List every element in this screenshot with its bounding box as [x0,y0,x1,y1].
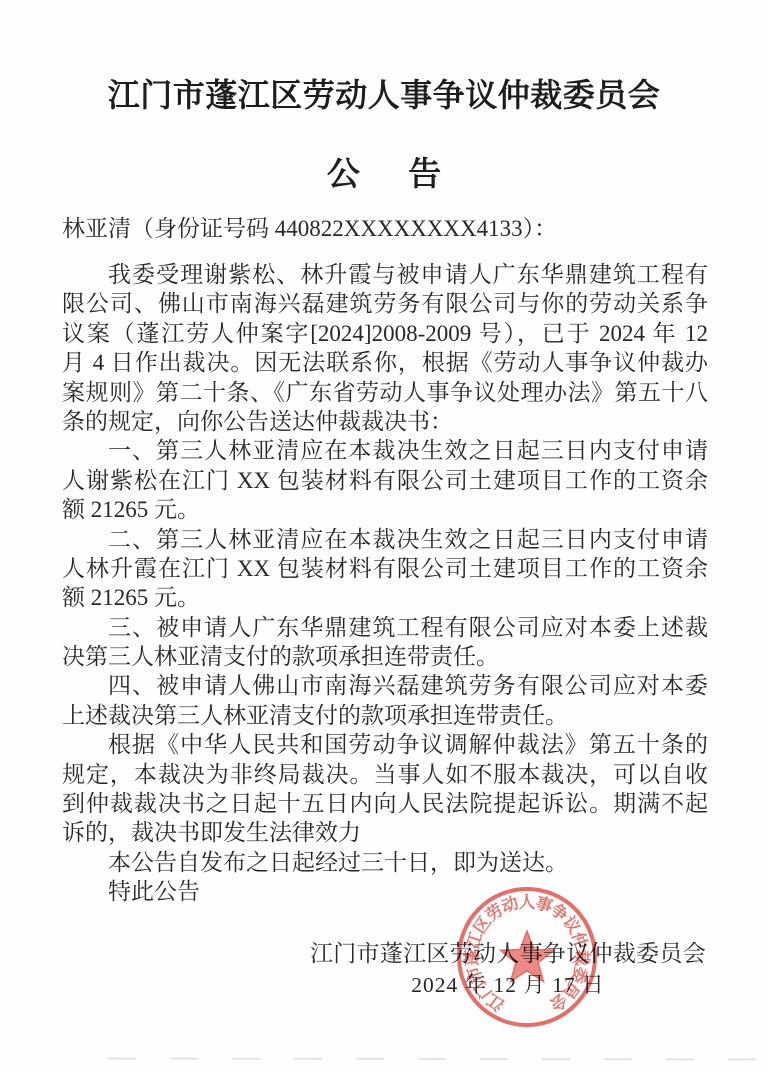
text-line: 到仲裁裁决书之日起十五日内向人民法院提起诉讼。期满不起 [62,789,708,818]
text-line: 额 21265 元。 [62,495,708,524]
paragraph: 二、第三人林亚清应在本裁决生效之日起三日内支付申请人林升霞在江门 XX 包装材料… [62,525,708,613]
text-line: 根据《中华人民共和国劳动争议调解仲裁法》第五十条的 [62,730,708,759]
text-line: 条的规定，向你公告送达仲裁裁决书： [62,407,708,436]
text-line: 规定，本裁决为非终局裁决。当事人如不服本裁决，可以自收 [62,760,708,789]
seal-char: 区 [470,912,495,937]
text-line: 二、第三人林亚清应在本裁决生效之日起三日内支付申请 [62,525,708,554]
text-line: 特此公告 [62,877,708,906]
signature-block: 江门市蓬江区劳动人事争议仲裁委员会 2024 年 12 月 17 日 [308,939,708,1001]
text-line: 限公司、佛山市南海兴磊建筑劳务有限公司与你的劳动关系争 [62,289,708,318]
paragraph: 特此公告 [62,877,708,906]
text-line: 月 4 日作出裁决。因无法联系你，根据《劳动人事争议仲裁办 [62,348,708,377]
text-line: 人林升霞在江门 XX 包装材料有限公司土建项目工作的工资余 [62,554,708,583]
notice-heading: 公 告 [0,155,768,195]
addressee-line: 林亚清（身份证号码 440822XXXXXXXX4133）： [62,214,708,244]
text-line: 四、被申请人佛山市南海兴磊建筑劳务有限公司应对本委 [62,671,708,700]
notice-body: 我委受理谢紫松、林升霞与被申请人广东华鼎建筑工程有限公司、佛山市南海兴磊建筑劳务… [62,260,708,907]
scan-shadow-line [108,1058,768,1061]
paragraph: 根据《中华人民共和国劳动争议调解仲裁法》第五十条的规定，本裁决为非终局裁决。当事… [62,730,708,848]
paragraph: 我委受理谢紫松、林升霞与被申请人广东华鼎建筑工程有限公司、佛山市南海兴磊建筑劳务… [62,260,708,436]
text-line: 本公告自发布之日起经过三十日，即为送达。 [62,848,708,877]
paragraph: 三、被申请人广东华鼎建筑工程有限公司应对本委上述裁决第三人林亚清支付的款项承担连… [62,613,708,672]
seal-char: 议 [559,912,585,937]
scanned-notice-page: 江门市蓬江区劳动人事争议仲裁委员会 公 告 林亚清（身份证号码 440822XX… [0,0,768,1072]
paragraph: 一、第三人林亚清应在本裁决生效之日起三日内支付申请人谢紫松在江门 XX 包装材料… [62,436,708,524]
signature-name: 江门市蓬江区劳动人事争议仲裁委员会 [308,939,708,969]
document-title: 江门市蓬江区劳动人事争议仲裁委员会 [0,76,768,114]
text-line: 人谢紫松在江门 XX 包装材料有限公司土建项目工作的工资余 [62,466,708,495]
text-line: 额 21265 元。 [62,583,708,612]
text-line: 决第三人林亚清支付的款项承担连带责任。 [62,642,708,671]
signature-date: 2024 年 12 月 17 日 [308,969,708,1001]
text-line: 三、被申请人广东华鼎建筑工程有限公司应对本委上述裁 [62,613,708,642]
text-line: 我委受理谢紫松、林升霞与被申请人广东华鼎建筑工程有 [62,260,708,289]
text-line: 诉的，裁决书即发生法律效力 [62,818,708,847]
paragraph: 本公告自发布之日起经过三十日，即为送达。 [62,848,708,877]
text-line: 一、第三人林亚清应在本裁决生效之日起三日内支付申请 [62,436,708,465]
text-line: 上述裁决第三人林亚清支付的款项承担连带责任。 [62,701,708,730]
text-line: 议案（蓬江劳人仲案字[2024]2008-2009 号），已于 2024 年 1… [62,319,708,348]
paragraph: 四、被申请人佛山市南海兴磊建筑劳务有限公司应对本委上述裁决第三人林亚清支付的款项… [62,671,708,730]
text-line: 案规则》第二十条、《广东省劳动人事争议处理办法》第五十八 [62,378,708,407]
